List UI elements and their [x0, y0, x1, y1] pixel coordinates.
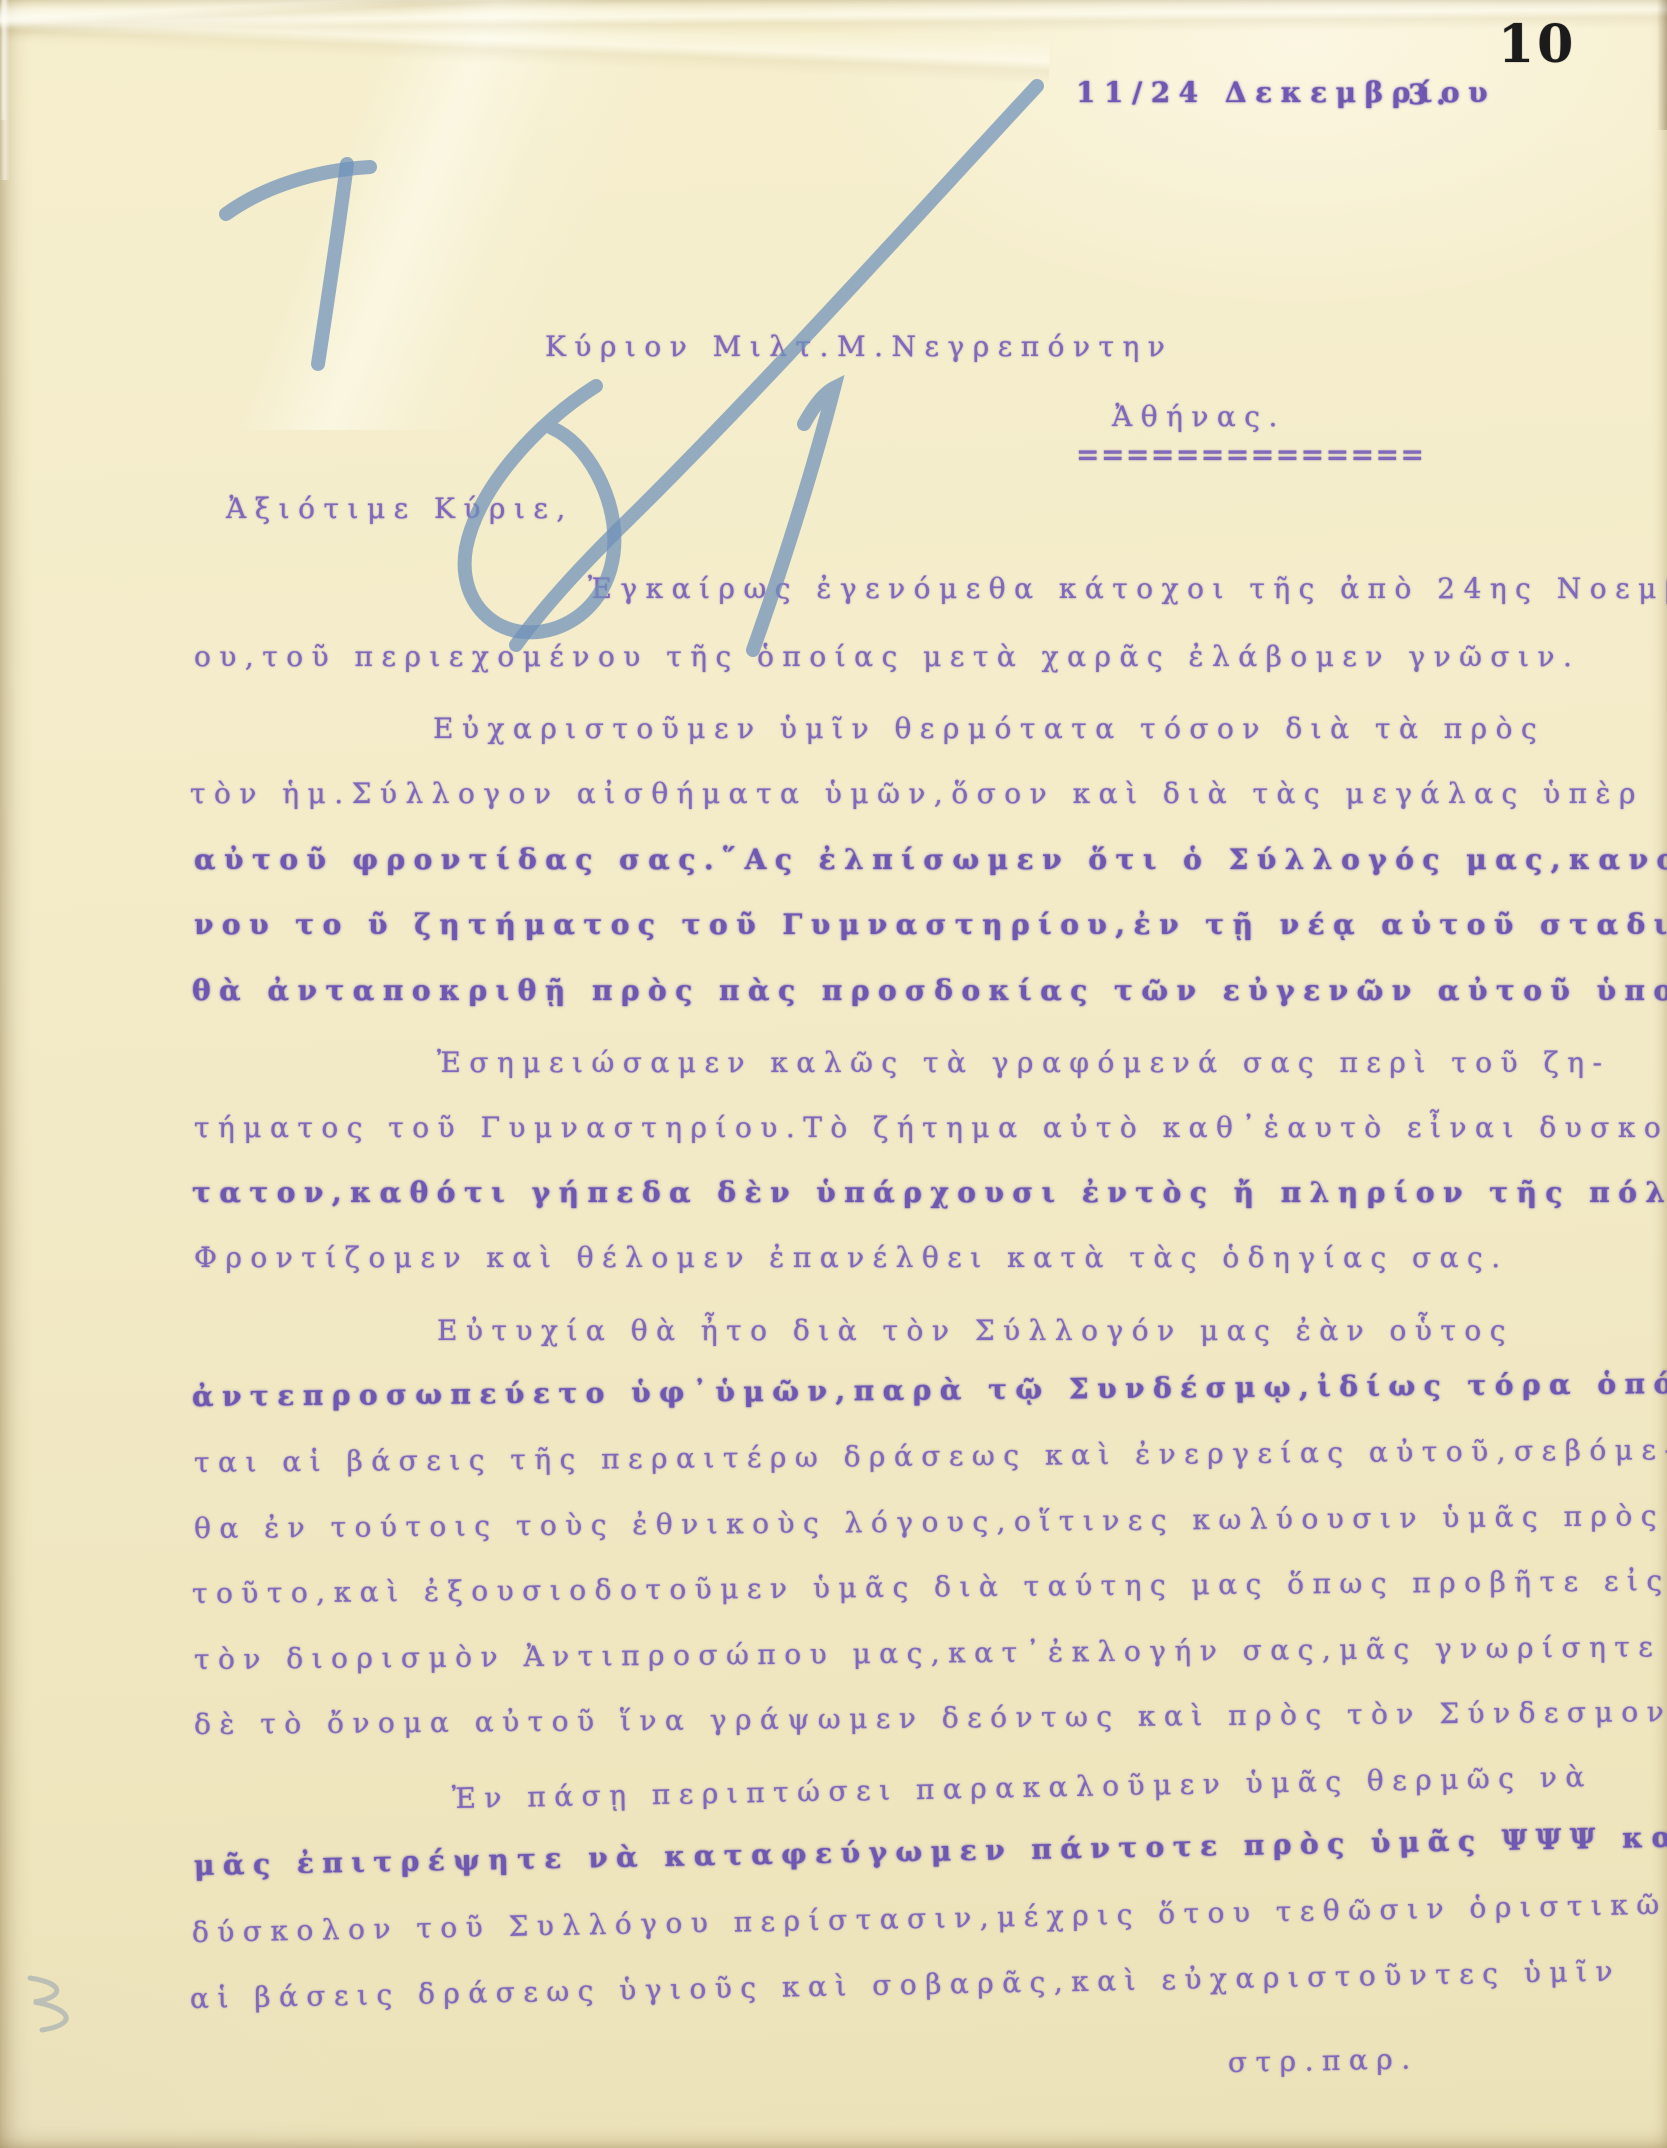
body-line: αἱ βάσεις δράσεως ὑγιοῦς καὶ σοβαρᾶς,καὶ… — [190, 1955, 1622, 2015]
body-line: τὸν ἡμ.Σύλλογον αἰσθήματα ὑμῶν,ὅσον καὶ … — [190, 777, 1644, 810]
body-line: Ἐσημειώσαμεν καλῶς τὰ γραφόμενά σας περὶ… — [437, 1046, 1610, 1079]
paper-crease — [0, 0, 800, 38]
body-line: θα ἐν τούτοις τοὺς ἐθνικοὺς λόγους,οἵτιν… — [194, 1499, 1665, 1545]
paper-crease — [0, 0, 1667, 40]
corner-scribble — [30, 1978, 66, 2030]
page-number: 10 — [1498, 14, 1576, 75]
body-line: ου,τοῦ περιεχομένου τῆς ὁποίας μετὰ χαρᾶ… — [194, 640, 1580, 673]
body-line: ἀντεπροσωπεύετο ὑφ᾽ὑμῶν,παρὰ τῷ Συνδέσμῳ… — [192, 1365, 1667, 1413]
body-line: Φροντίζομεν καὶ θέλομεν ἐπανέλθει κατὰ τ… — [194, 1241, 1509, 1274]
handwritten-1 — [753, 388, 834, 650]
body-line: αὐτοῦ φροντίδας σας.῞Ας ἐλπίσωμεν ὅτι ὁ … — [194, 843, 1667, 876]
body-line: Εὐχαριστοῦμεν ὑμῖν θερμότατα τόσον διὰ τ… — [433, 712, 1545, 745]
city-underline: ============== — [1076, 438, 1425, 471]
paper-crease — [0, 0, 7, 120]
body-line: Ἐν πάσῃ περιπτώσει παρακαλοῦμεν ὑμᾶς θερ… — [452, 1760, 1593, 1815]
body-line: τατον,καθότι γήπεδα δὲν ὑπάρχουσι ἐντὸς … — [192, 1176, 1667, 1209]
body-line: νου το ῦ ζητήματος τοῦ Γυμναστηρίου,ἐν τ… — [194, 908, 1667, 941]
strike-through-line — [516, 86, 1037, 645]
body-line: θὰ ἀνταποκριθῇ πρὸς πὰς προσδοκίας τῶν ε… — [192, 974, 1667, 1007]
paper-crease — [0, 0, 787, 430]
date-year-fragment: 3. — [1408, 78, 1454, 111]
salutation: Ἀξιότιμε Κύριε, — [226, 492, 574, 525]
paper-crease — [0, 0, 10, 180]
body-line: μᾶς ἐπιτρέψητε νὰ καταφεύγωμεν πάντοτε π… — [194, 1816, 1667, 1882]
body-line: Εὐτυχία θὰ ἦτο διὰ τὸν Σύλλογόν μας ἐὰν … — [437, 1314, 1514, 1347]
body-line: Ἐγκαίρως ἐγενόμεθα κάτοχοι τῆς ἀπὸ 24ης … — [588, 572, 1667, 605]
body-line: δύσκολον τοῦ Συλλόγου περίστασιν,μέχρις … — [192, 1887, 1667, 1949]
closing-abbreviation: στρ.παρ. — [1228, 2042, 1419, 2079]
handwritten-7-stem — [318, 164, 347, 364]
body-line: ται αἱ βάσεις τῆς περαιτέρω δράσεως καὶ … — [194, 1433, 1667, 1479]
body-line: τήματος τοῦ Γυμναστηρίου.Τὸ ζήτημα αὐτὸ … — [194, 1111, 1667, 1144]
recipient-line: Κύριον Μιλτ.Μ.Νεγρεπόντην — [545, 330, 1173, 363]
paper-crease — [0, 0, 1050, 84]
body-line: δὲ τὸ ὄνομα αὐτοῦ ἵνα γράψωμεν δεόντως κ… — [194, 1695, 1667, 1741]
scanned-letter-page: 10 11/24 Δεκεμβρίου 3. Κύριον Μιλτ.Μ.Νεγ… — [0, 0, 1667, 2148]
paper-stain — [1657, 0, 1667, 130]
handwritten-7-top — [226, 167, 370, 214]
city-line: Ἀθήνας. — [1112, 400, 1286, 433]
body-line: τοῦτο,καὶ ἐξουσιοδοτοῦμεν ὑμᾶς διὰ ταύτη… — [192, 1564, 1667, 1610]
body-line: τὸν διορισμὸν Ἀντιπροσώπου μας,κατ᾽ἐκλογ… — [194, 1630, 1662, 1676]
